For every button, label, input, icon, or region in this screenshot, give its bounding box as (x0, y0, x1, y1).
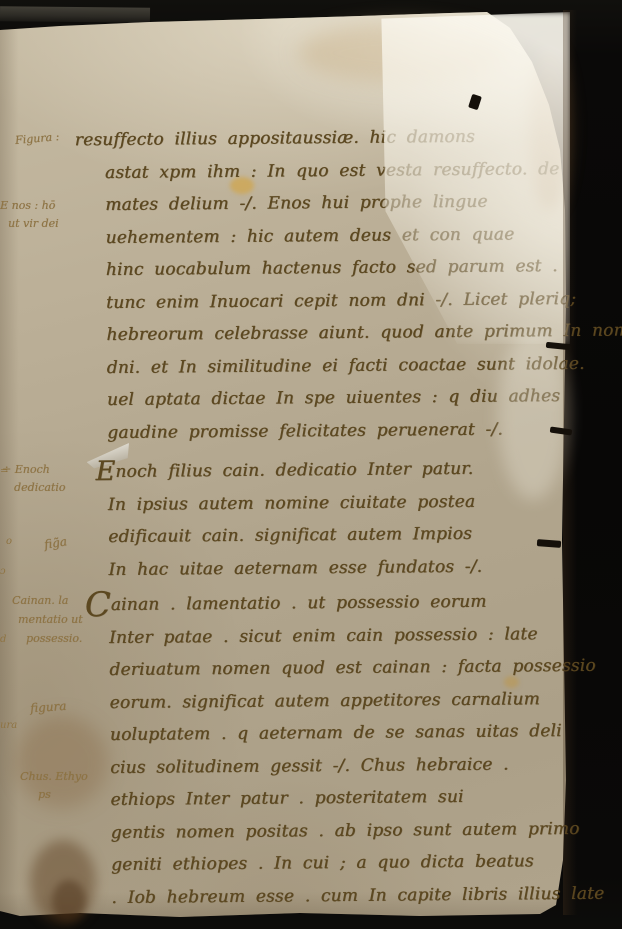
margin-note-line: Cainan. la (12, 594, 68, 607)
margin-note-line: ps (38, 786, 88, 804)
margin-note-figura: Figura : (14, 128, 60, 150)
margin-note-cainan: Cainan. la mentatio ut possessio. (12, 591, 83, 648)
text-line: In ipsius autem nomine ciuitate postea (108, 484, 570, 521)
margin-note-enoch: ÷ Enoch dedicatio (2, 461, 65, 497)
gloss-patch (498, 330, 568, 500)
margin-note-line: ÷ Enoch (2, 463, 50, 476)
margin-note-line: possessio. (26, 629, 83, 648)
margin-note-line: fig̃a (43, 534, 68, 551)
margin-note-figa: fig̃a (43, 532, 68, 553)
text-line: geniti ethiopes . In cui ; a quo dicta b… (111, 845, 573, 882)
margin-mark: d (0, 634, 6, 645)
margin-mark: ura (0, 720, 17, 731)
text-line: gentis nomen positas . ab ipso sunt aute… (111, 812, 573, 849)
text-line: uoluptatem . q aeternam de se sanas uita… (110, 715, 572, 752)
margin-note-enos: E nos : hō ut vir dei (0, 197, 59, 233)
text-line: In hac uitae aeternam esse fundatos -/. (108, 549, 570, 586)
page-edge-fragment (0, 6, 150, 23)
margin-note-line: Chus. Ethyo (20, 770, 88, 783)
text-line: eorum. significat autem appetitores carn… (109, 682, 571, 719)
stain (52, 880, 86, 922)
paragraph-initial: E (95, 456, 115, 487)
margin-mark: ɔ (0, 566, 6, 577)
margin-note-line: dedicatio (14, 479, 65, 497)
margin-note-line: ut vir dei (8, 215, 59, 233)
margin-mark: = (0, 466, 8, 477)
margin-mark: o (6, 536, 12, 547)
text-line: Cainan . lamentatio . ut possessio eorum (109, 585, 571, 622)
text-line: cius solitudinem gessit -/. Chus hebraic… (110, 747, 572, 784)
manuscript-photo: resuffecto illius appositaussiæ. hic dam… (0, 0, 622, 929)
margin-note-line: mentatio ut (18, 610, 83, 629)
leaf-edge-shadow (563, 10, 577, 915)
text-line: . Iob hebreum esse . cum In capite libri… (111, 877, 573, 914)
text-line: deriuatum nomen quod est cainan : facta … (109, 650, 571, 687)
margin-note-chus: Chus. Ethyo ps (20, 768, 88, 804)
text-line: dni. et In similitudine ei facti coactae… (107, 347, 569, 384)
margin-note-line: figura (30, 699, 67, 715)
text-line: ethiops Inter patur . posteritatem sui (110, 780, 572, 817)
margin-note-line: Figura : (14, 130, 59, 147)
text-line: Inter patae . sicut enim cain possessio … (109, 617, 571, 654)
margin-note-line: E nos : hō (0, 199, 55, 212)
text-line: edificauit cain. significat autem Impios (108, 517, 570, 554)
text-line: Enoch filius cain. dedicatio Inter patur… (107, 452, 569, 489)
paragraph-initial: C (85, 585, 111, 625)
margin-note-figura-mid: figura (29, 697, 66, 717)
